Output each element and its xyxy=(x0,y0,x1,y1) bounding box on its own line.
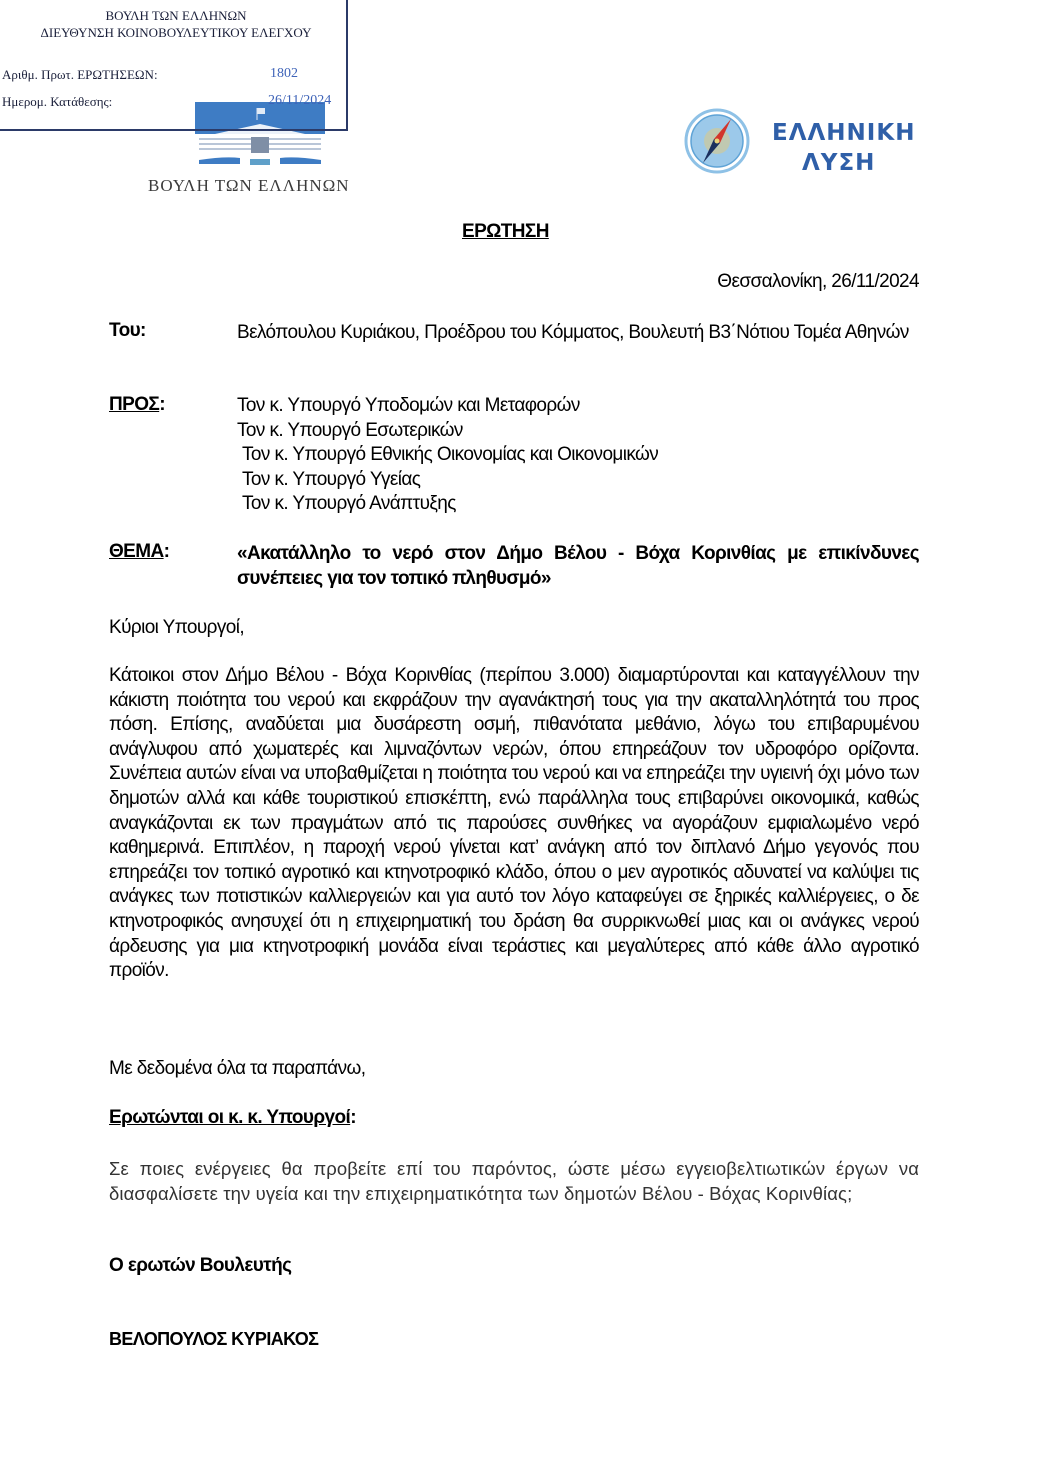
party-logo-text: ΕΛΛΗΝΙΚΗ ΛΥΣΗ xyxy=(772,118,915,178)
filing-date-value: 26/11/2024 xyxy=(268,93,331,109)
signer-name: ΒΕΛΟΠΟΥΛΟΣ ΚΥΡΙΑΚΟΣ xyxy=(109,1329,318,1350)
recipient-item: Τον κ. Υπουργό Εθνικής Οικονομίας και Οι… xyxy=(237,443,658,468)
compass-icon xyxy=(684,108,750,174)
party-name-line2: ΛΥΣΗ xyxy=(772,148,915,178)
signer-role: Ο ερωτών Βουλευτής xyxy=(109,1255,291,1277)
recipient-item: Τον κ. Υπουργό Υποδομών και Μεταφορών xyxy=(237,394,658,419)
place-date: Θεσσαλονίκη, 26/11/2024 xyxy=(717,271,919,293)
recipient-item: Τον κ. Υπουργό Ανάπτυξης xyxy=(237,492,658,517)
filing-date-label: Ημερομ. Κατάθεσης: xyxy=(2,94,112,110)
subject-label: ΘΕΜΑ: xyxy=(109,541,169,563)
given-line: Με δεδομένα όλα τα παραπάνω, xyxy=(109,1058,365,1080)
parliament-logo-text: ΒΟΥΛΗ ΤΩΝ ΕΛΛΗΝΩΝ xyxy=(148,176,350,196)
protocol-stamp: ΒΟΥΛΗ ΤΩΝ ΕΛΛΗΝΩΝ ΔΙΕΥΘΥΝΣΗ ΚΟΙΝΟΒΟΥΛΕΥΤ… xyxy=(0,0,348,131)
question-paragraph: Σε ποιες ενέργειες θα προβείτε επί του π… xyxy=(109,1157,919,1206)
recipients-label: ΠΡΟΣ: xyxy=(109,394,165,416)
from-text: Βελόπουλου Κυριάκου, Προέδρου του Κόμματ… xyxy=(237,320,919,345)
stamp-directorate: ΔΙΕΥΘΥΝΣΗ ΚΟΙΝΟΒΟΥΛΕΥΤΙΚΟΥ ΕΛΕΓΧΟΥ xyxy=(0,25,352,41)
body-paragraph: Κάτοικοι στον Δήμο Βέλου - Βόχα Κορινθία… xyxy=(109,664,919,984)
party-name-line1: ΕΛΛΗΝΙΚΗ xyxy=(772,120,915,146)
protocol-number-value: 1802 xyxy=(270,66,298,82)
from-label: Του: xyxy=(109,320,146,342)
protocol-number-label: Αριθμ. Πρωτ. ΕΡΩΤΗΣΕΩΝ: xyxy=(2,67,158,83)
asked-heading: Ερωτώνται οι κ. κ. Υπουργοί: xyxy=(109,1107,356,1129)
subject-text: «Ακατάλληλο το νερό στον Δήμο Βέλου - Βό… xyxy=(237,541,919,591)
recipients-list: Τον κ. Υπουργό Υποδομών και Μεταφορών Το… xyxy=(237,394,658,517)
recipient-item: Τον κ. Υπουργό Εσωτερικών xyxy=(237,419,658,444)
stamp-parliament-name: ΒΟΥΛΗ ΤΩΝ ΕΛΛΗΝΩΝ xyxy=(0,8,352,24)
recipient-item: Τον κ. Υπουργό Υγείας xyxy=(237,468,658,493)
document-title: ΕΡΩΤΗΣΗ xyxy=(462,221,549,243)
salutation: Κύριοι Υπουργοί, xyxy=(109,617,244,639)
